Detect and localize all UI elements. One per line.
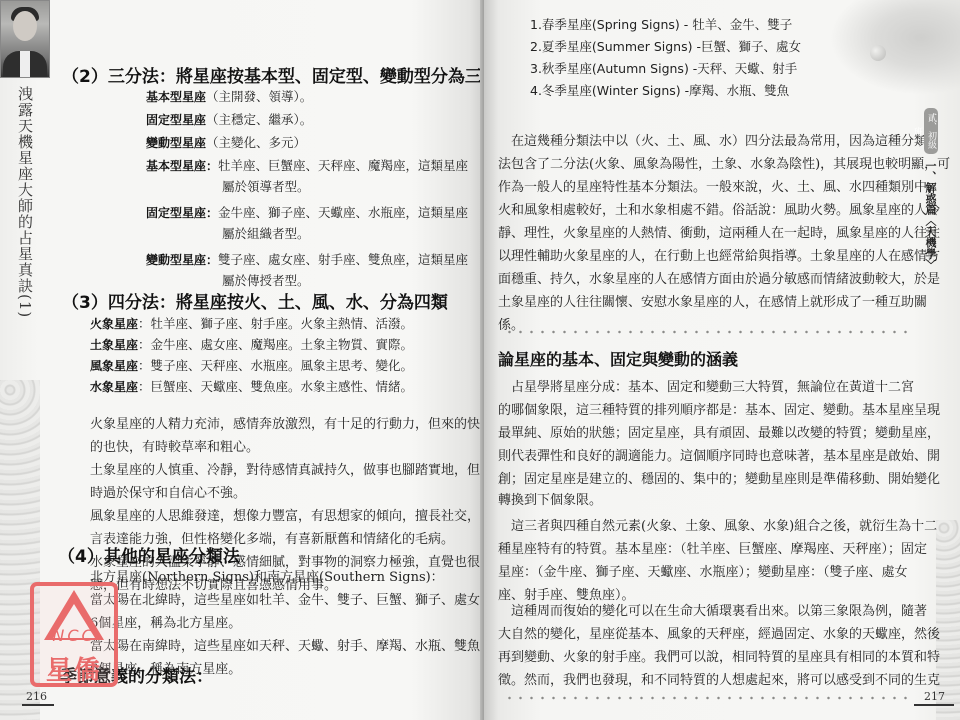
paragraph-line: 火和風象相處較好，土和水象相處不錯。俗話說：風助火勢。風象星座的人冷: [498, 199, 940, 218]
detail-row-cont: 屬於傳授者型。: [222, 271, 310, 289]
def-row: 變動型星座（主變化、多元）: [146, 132, 306, 151]
detail-row-cont: 屬於領導者型。: [222, 177, 310, 195]
paragraph-line: 這三者與四種自然元素(火象、土象、風象、水象)組合之後，就衍生為十二: [498, 515, 937, 534]
chapter-title: 一、解惑篇〈天機學〉: [924, 160, 938, 270]
paragraph-line: 轉換到下個象限。: [498, 489, 602, 508]
left-page: 洩露天機星座大師的占星真訣(1) （2）三分法：將星座按基本型、固定型、變動型分…: [0, 0, 484, 720]
paragraph-line: 再到變動、火象的射手座。我們可以說，相同特質的星座具有相同的本質和特: [498, 646, 940, 665]
page-number-rule: [22, 704, 54, 706]
dotted-divider: [504, 330, 909, 334]
page-number: 216: [26, 690, 47, 703]
section-heading: 論星座的基本、固定與變動的涵義: [498, 347, 738, 370]
right-page: 1.春季星座(Spring Signs) - 牡羊、金牛、雙子 2.夏季星座(S…: [484, 0, 960, 720]
paragraph-line: 面穩重、持久，水象星座的人在感情方面由於過分敏感而情緒波動較大，於是: [498, 268, 940, 287]
paragraph-line: 占星學將星座分成：基本、固定和變動三大特質，無論位在黃道十二宮: [498, 376, 914, 395]
paragraph-line: 大自然的變化，星座從基本、風象的天秤座，經過固定、水象的天蠍座，然後: [498, 623, 940, 642]
paragraph-line: 土象星座的人往往關懷、安慰水象星座的人，在感情上就形成了一種互助關: [498, 291, 927, 310]
paragraph-line: 風象星座的人思維發達，想像力豐富，有思想家的傾向，擅長社交，語: [90, 505, 484, 524]
detail-row: 變動型星座：雙子座、處女座、射手座、雙魚座，這類星座: [146, 249, 468, 268]
paragraph-line: 時過於保守和自信心不強。: [90, 482, 246, 501]
paragraph-line: 這種周而復始的變化可以在生命大循環裏看出來。以第三象限為例，隨著: [498, 600, 927, 619]
paragraph-line: 在這幾種分類法中以（火、土、風、水）四分法最為常用，因為這種分類: [498, 130, 927, 149]
paragraph-line: 靜、理性，火象星座的人熱情、衝動，這兩種人在一起時，風象星座的人往往: [498, 222, 940, 241]
def-row: 基本型星座（主開發、領導）。: [146, 86, 312, 105]
paragraph-line: 星座：（金牛座、獅子座、天蠍座、水瓶座）；變動星座：（雙子座、處女: [498, 561, 908, 580]
section-4-line: 北方星座(Northern Signs)和南方星座(Southern Signs…: [90, 566, 444, 585]
ncc-watermark-stamp: NCC 星僑: [30, 582, 118, 687]
paragraph-line: 法包含了二分法(火象、風象為陽性，土象、水象為陰性)，其展現也較明顯，可: [498, 153, 950, 172]
running-title: 洩露天機星座大師的占星真訣(1): [12, 86, 36, 318]
section-2-heading: （2）三分法：將星座按基本型、固定型、變動型分為三類：: [62, 62, 484, 87]
element-row: 火象星座：牡羊座、獅子座、射手座。火象主熱情、活潑。: [90, 313, 413, 332]
page-number-rule: [914, 704, 954, 706]
season-item: 4.冬季星座(Winter Signs) -摩羯、水瓶、雙魚: [530, 81, 789, 99]
detail-row-cont: 屬於組織者型。: [222, 224, 310, 242]
section-3-heading: （3）四分法：將星座按火、土、風、水、分為四類: [62, 288, 448, 313]
def-row: 固定型星座（主穩定、繼承）。: [146, 109, 312, 128]
paragraph-line: 最單純、原始的狀態；固定星座，具有頑固、最難以改變的特質；變動星座，: [498, 422, 940, 441]
detail-row: 固定型星座：金牛座、獅子座、天蠍座、水瓶座，這類星座: [146, 202, 468, 221]
paragraph-line: 土象星座的人慎重、冷靜，對待感情真誠持久，做事也腳踏實地，但有: [90, 459, 484, 478]
paragraph-line: 作為一般人的星座特性基本分類法。一般來說，火、土、風、水四種類別中，: [498, 176, 940, 195]
dotted-divider: [504, 696, 909, 700]
season-item: 1.春季星座(Spring Signs) - 牡羊、金牛、雙子: [530, 15, 792, 33]
dragon-illustration: [830, 0, 960, 95]
paragraph-line: 火象星座的人精力充沛，感情奔放激烈，有十足的行動力，但來的快去: [90, 413, 484, 432]
element-row: 風象星座：雙子座、天秤座、水瓶座。風象主思考、變化。: [90, 355, 413, 374]
section-4-line: 當太陽在南緯時，這些星座如天秤、天蠍、射手、摩羯、水瓶、雙魚等: [90, 635, 484, 654]
author-photo: [0, 0, 50, 78]
paragraph-line: 徵。然而，我們也發現，和不同特質的人想處起來，將可以感受到不同的生克: [498, 669, 940, 688]
section-4-line: 當太陽在北緯時，這些星座如牡羊、金牛、雙子、巨蟹、獅子、處女等: [90, 589, 484, 608]
paragraph-line: 以理性輔助火象星座的人，在行動上也經常給與指導。土象星座的人在感情方: [498, 245, 940, 264]
paragraph-line: 則代表彈性和良好的調適能力。這個順序同時也意味著，基本星座是啟始、開: [498, 445, 940, 464]
paragraph-line: 種星座特有的特質。基本星座：（牡羊座、巨蟹座、摩羯座、天秤座）；固定: [498, 538, 927, 557]
season-item: 3.秋季星座(Autumn Signs) -天秤、天蠍、射手: [530, 59, 797, 77]
element-row: 土象星座：金牛座、處女座、魔羯座。土象主物質、實際。: [90, 334, 413, 353]
paragraph-line: 的哪個象限，這三種特質的排列順序都是：基本、固定、變動。基本星座呈現: [498, 399, 940, 418]
page-number: 217: [924, 690, 945, 703]
detail-row: 基本型星座：牡羊座、巨蟹座、天秤座、魔羯座，這類星座: [146, 155, 468, 174]
paragraph-line: 的也快，有時較草率和粗心。: [90, 436, 259, 455]
paragraph-line: 創；固定星座是建立的、穩固的、集中的；變動星座則是準備移動、開始變化: [498, 468, 940, 487]
section-4-heading: （4）其他的星座分類法: [58, 542, 240, 567]
chapter-tab: 貳、初級班: [924, 108, 938, 154]
season-item: 2.夏季星座(Summer Signs) -巨蟹、獅子、處女: [530, 37, 801, 55]
element-row: 水象星座：巨蟹座、天蠍座、雙魚座。水象主感性、情緒。: [90, 376, 413, 395]
